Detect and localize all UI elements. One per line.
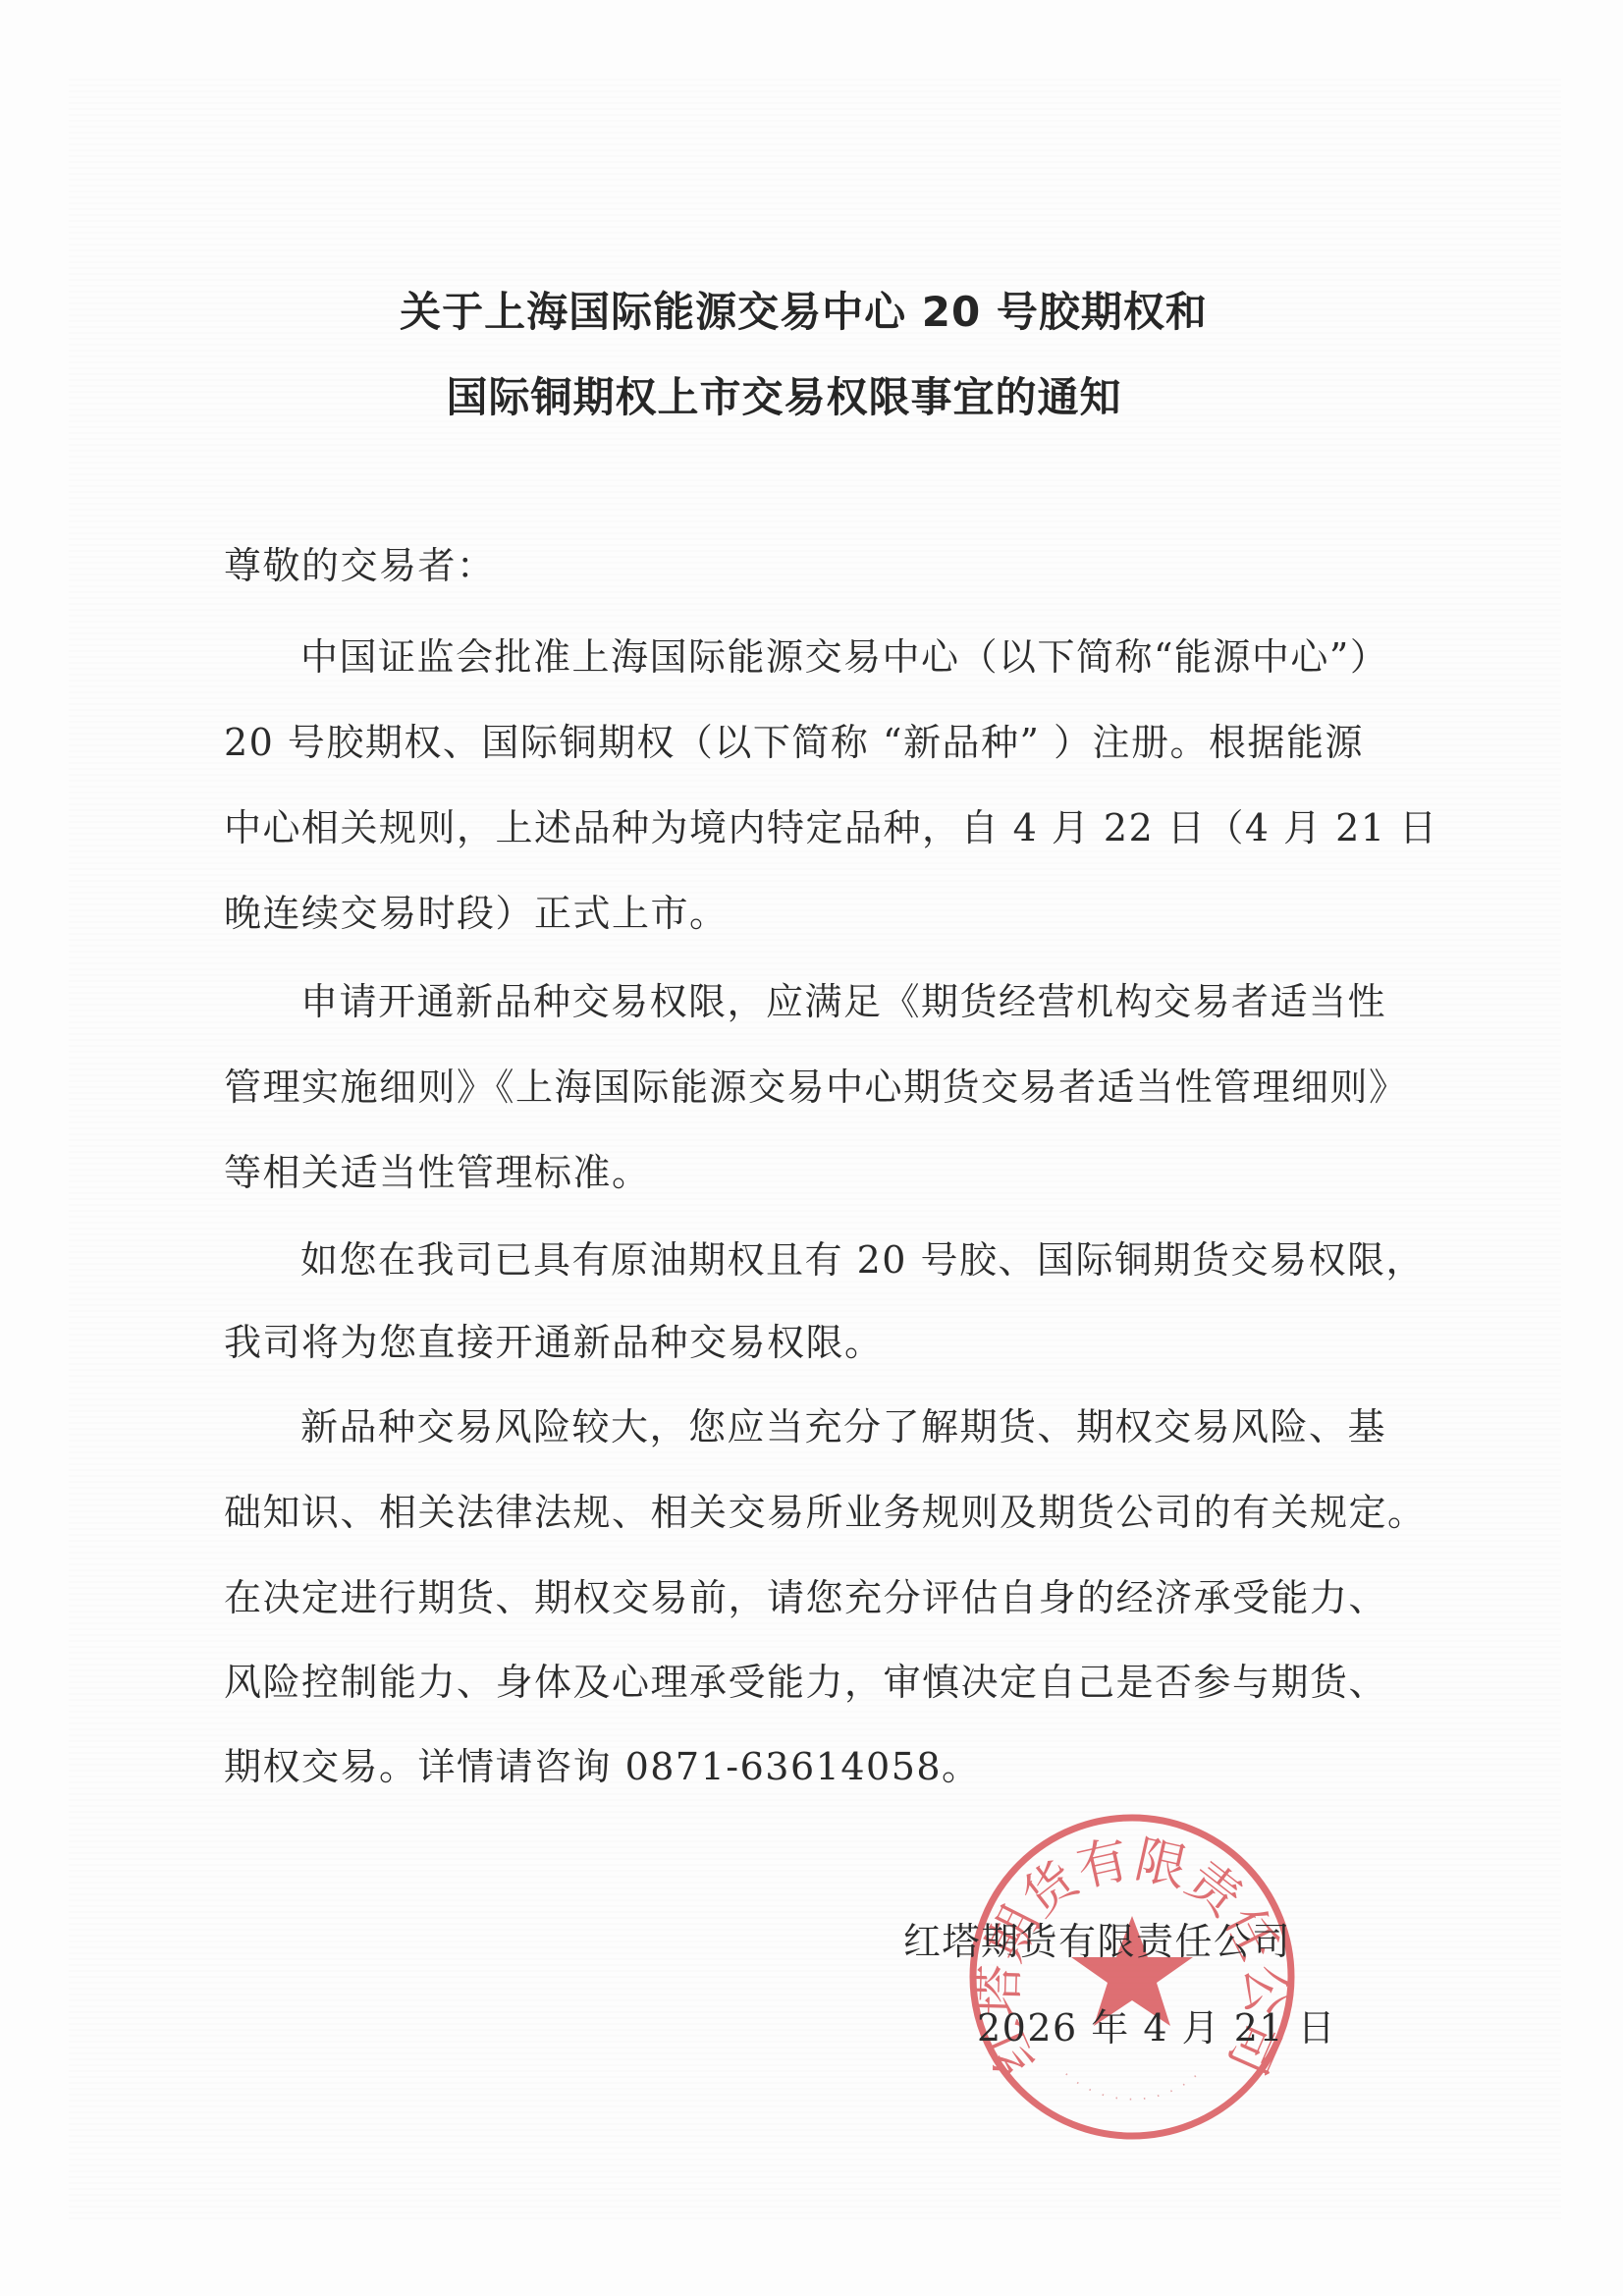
paragraph-1-line-3: 中心相关规则，上述品种为境内特定品种，自 4 月 22 日（4 月 21 日 [224,805,1438,850]
paragraph-4-line-2: 础知识、相关法律法规、相关交易所业务规则及期货公司的有关规定。 [224,1490,1427,1535]
signature-date: 2026 年 4 月 21 日 [977,2005,1336,2050]
paragraph-4-line-3: 在决定进行期货、期权交易前，请您充分评估自身的经济承受能力、 [224,1575,1387,1620]
salutation: 尊敬的交易者： [224,543,496,588]
paragraph-1-line-4: 晚连续交易时段）正式上市。 [224,891,729,936]
stamp-serial-arc: · · · · · · · · · · · [1059,2067,1205,2107]
paragraph-2-line-2: 管理实施细则》《上海国际能源交易中心期货交易者适当性管理细则》 [224,1065,1408,1110]
paragraph-4-line-1: 新品种交易风险较大，您应当充分了解期货、期权交易风险、基 [300,1404,1386,1449]
company-seal-stamp: 红塔期货有限责任公司 · · · · · · · · · · · [965,1810,1299,2144]
paragraph-4-line-5: 期权交易。详情请咨询 0871-63614058。 [224,1744,981,1789]
document-title-line-2: 国际铜期权上市交易权限事宜的通知 [0,373,1596,422]
paragraph-1-line-2: 20 号胶期权、国际铜期权（以下简称 “新品种” ）注册。根据能源 [224,720,1364,765]
document-page: 关于上海国际能源交易中心 20 号胶期权和 国际铜期权上市交易权限事宜的通知 尊… [0,0,1623,2296]
paragraph-4-line-4: 风险控制能力、身体及心理承受能力，审慎决定自己是否参与期货、 [224,1660,1387,1705]
paragraph-2-line-3: 等相关适当性管理标准。 [224,1150,651,1195]
paragraph-3-line-1: 如您在我司已具有原油期权且有 20 号胶、国际铜期货交易权限， [300,1237,1425,1283]
document-title-line-1: 关于上海国际能源交易中心 20 号胶期权和 [0,288,1615,337]
paragraph-2-line-1: 申请开通新品种交易权限，应满足《期货经营机构交易者适当性 [300,979,1386,1024]
paragraph-1-line-1: 中国证监会批准上海国际能源交易中心（以下简称“能源中心”） [300,634,1388,680]
signature-company: 红塔期货有限责任公司 [903,1919,1291,1964]
paragraph-3-line-2: 我司将为您直接开通新品种交易权限。 [224,1320,884,1365]
